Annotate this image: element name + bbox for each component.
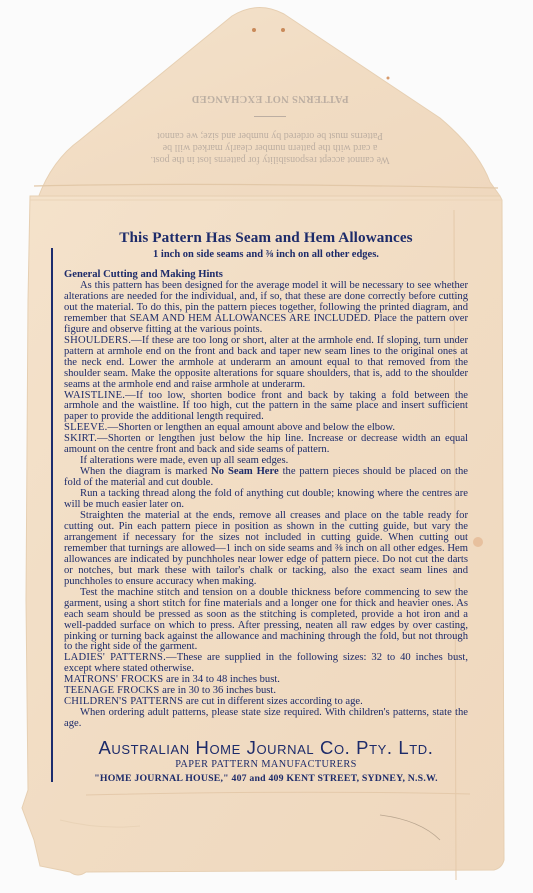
instruction-paragraph: SKIRT.—Shorten or lengthen just below th… [64, 434, 468, 456]
paragraph-text: are in 34 to 48 inches bust. [163, 674, 280, 685]
flap-line: a card with the pattern number clearly m… [120, 141, 420, 153]
flap-heading: PATTERNS NOT EXCHANGED [120, 92, 420, 104]
instruction-paragraph: SHOULDERS.—If these are too long or shor… [64, 336, 468, 391]
left-border-rule [51, 248, 53, 782]
instruction-paragraph: As this pattern has been designed for th… [64, 281, 468, 336]
instruction-paragraph: WAISTLINE.—If too low, shorten bodice fr… [64, 391, 468, 424]
paragraph-text: Shorten or lengthen just below the hip l… [64, 433, 468, 455]
paragraph-text: Straighten the material at the ends, rem… [64, 510, 468, 587]
paragraph-text: Shorten or lengthen an equal amount abov… [118, 422, 395, 433]
instruction-paragraph: When the diagram is marked No Seam Here … [64, 467, 468, 489]
instructions-body: As this pattern has been designed for th… [64, 281, 468, 730]
paragraph-text: Run a tacking thread along the fold of a… [64, 488, 468, 510]
paragraph-lead: CHILDREN'S PATTERNS [64, 696, 183, 707]
paragraph-text: When the diagram is marked No Seam Here … [64, 466, 468, 488]
paragraph-text: When ordering adult patterns, please sta… [64, 707, 468, 729]
paragraph-text: Test the machine stitch and tension on a… [64, 587, 468, 653]
company-tagline: PAPER PATTERN MANUFACTURERS [64, 759, 468, 771]
publisher-footer: Australian Home Journal Co. Pty. Ltd. PA… [64, 737, 468, 785]
instruction-paragraph: Straighten the material at the ends, rem… [64, 511, 468, 588]
instruction-paragraph: LADIES' PATTERNS.—These are supplied in … [64, 653, 468, 675]
instruction-paragraph: Run a tacking thread along the fold of a… [64, 489, 468, 511]
flap-line: Patterns must be ordered by number and s… [120, 129, 420, 141]
paragraph-text: are cut in different sizes according to … [183, 696, 363, 707]
paragraph-lead: SLEEVE.— [64, 422, 118, 433]
allowance-subtitle: 1 inch on side seams and ⅜ inch on all o… [64, 248, 468, 261]
paragraph-lead: SHOULDERS.— [64, 335, 142, 346]
paragraph-lead: TEENAGE FROCKS [64, 685, 160, 696]
paragraph-lead: MATRONS' FROCKS [64, 674, 163, 685]
flap-divider [254, 116, 286, 117]
paragraph-text: As this pattern has been designed for th… [64, 280, 468, 335]
instruction-paragraph: Test the machine stitch and tension on a… [64, 588, 468, 654]
paragraph-text: are in 30 to 36 inches bust. [160, 685, 277, 696]
instruction-paragraph: When ordering adult patterns, please sta… [64, 708, 468, 730]
paragraph-text: If alterations were made, even up all se… [80, 455, 288, 466]
document-title: This Pattern Has Seam and Hem Allowances [64, 229, 468, 247]
flap-mirrored-text: We cannot accept responsibility for patt… [120, 92, 420, 165]
paragraph-lead: WAISTLINE.— [64, 390, 136, 401]
flap-line: We cannot accept responsibility for patt… [120, 153, 420, 165]
instructions-panel: This Pattern Has Seam and Hem Allowances… [64, 229, 468, 785]
paragraph-lead: LADIES' PATTERNS.— [64, 652, 177, 663]
company-name: Australian Home Journal Co. Pty. Ltd. [64, 737, 468, 759]
company-address: "HOME JOURNAL HOUSE," 407 and 409 KENT S… [64, 773, 468, 785]
paragraph-lead: SKIRT.— [64, 433, 108, 444]
envelope: We cannot accept responsibility for patt… [0, 0, 533, 893]
